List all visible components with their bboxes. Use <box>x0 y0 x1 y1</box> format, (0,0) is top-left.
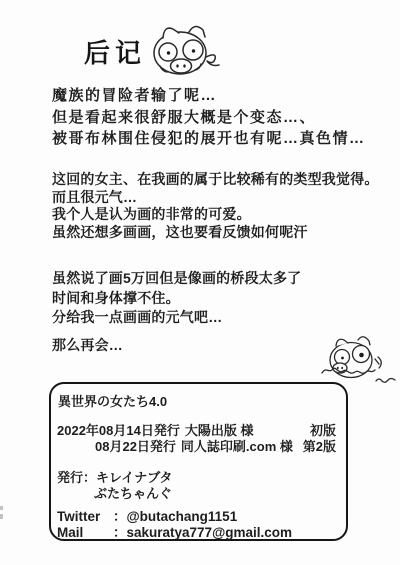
paragraph-line: 这回的女主、在我画的属于比较稀有的类型我觉得。 <box>52 171 379 189</box>
paragraph-line: 时间和身体撑不住。 <box>52 289 301 309</box>
publisher-label: 発行 <box>57 470 83 485</box>
colon-separator: ： <box>113 525 127 540</box>
paragraph-line: 而且很元气… <box>52 189 379 207</box>
paragraph-line: 但是看起来很舒服大概是个变态…、 <box>52 107 366 129</box>
paragraph-line: 分给我一点画画的元气吧… <box>52 308 301 328</box>
email-address: sakuratya777@gmail.com <box>127 525 293 540</box>
scan-artifact <box>0 506 3 519</box>
afterword-page: 后记 魔族的冒险者输了呢… 但是看起来很舒服大概是个变态…、 被哥布林围住侵犯的… <box>0 0 400 565</box>
paragraph-line: 我个人是认为画的非常的可爱。 <box>52 206 379 224</box>
book-title: 異世界の女たち4.0 <box>58 391 167 410</box>
edition-press: 同人誌印刷.com 様 <box>181 439 293 454</box>
paragraph-line: 魔族的冒险者输了呢… <box>52 85 366 107</box>
pig-face-scribble-doodle-icon <box>318 335 400 385</box>
edition-date: 08月22日発行 <box>95 439 176 454</box>
paragraph-line: 那么再会… <box>52 336 123 355</box>
paragraph-line: 被哥布林围住侵犯的展开也有呢…真色情… <box>52 128 366 150</box>
paragraph-3: 虽然说了画5万回但是像画的桥段太多了 时间和身体撑不住。 分给我一点画画的元气吧… <box>52 269 301 328</box>
mail-label: Mail <box>57 525 113 540</box>
pig-face-doodle-icon <box>151 23 225 77</box>
publisher-name-2: ぶたちゃんぐ <box>94 483 172 502</box>
paragraph-1: 魔族的冒险者输了呢… 但是看起来很舒服大概是个变态…、 被哥布林围住侵犯的展开也… <box>52 85 366 150</box>
edition-label-2: 第2版 <box>303 436 336 455</box>
edition-row-2: 08月22日発行同人誌印刷.com 様 <box>95 436 293 455</box>
paragraph-2: 这回的女主、在我画的属于比较稀有的类型我觉得。 而且很元气… 我个人是认为画的非… <box>52 171 379 241</box>
paragraph-line: 虽然还想多画画，这也要看反馈如何呢汗 <box>52 224 379 242</box>
paragraph-line: 虽然说了画5万回但是像画的桥段太多了 <box>52 269 301 289</box>
colophon-box: 異世界の女たち4.0 2022年08月14日発行大陽出版 様 初版 08月22日… <box>49 382 348 541</box>
page-title: 后记 <box>84 33 146 70</box>
paragraph-farewell: 那么再会… <box>52 336 123 355</box>
mail-row: Mail：sakuratya777@gmail.com <box>57 521 292 541</box>
